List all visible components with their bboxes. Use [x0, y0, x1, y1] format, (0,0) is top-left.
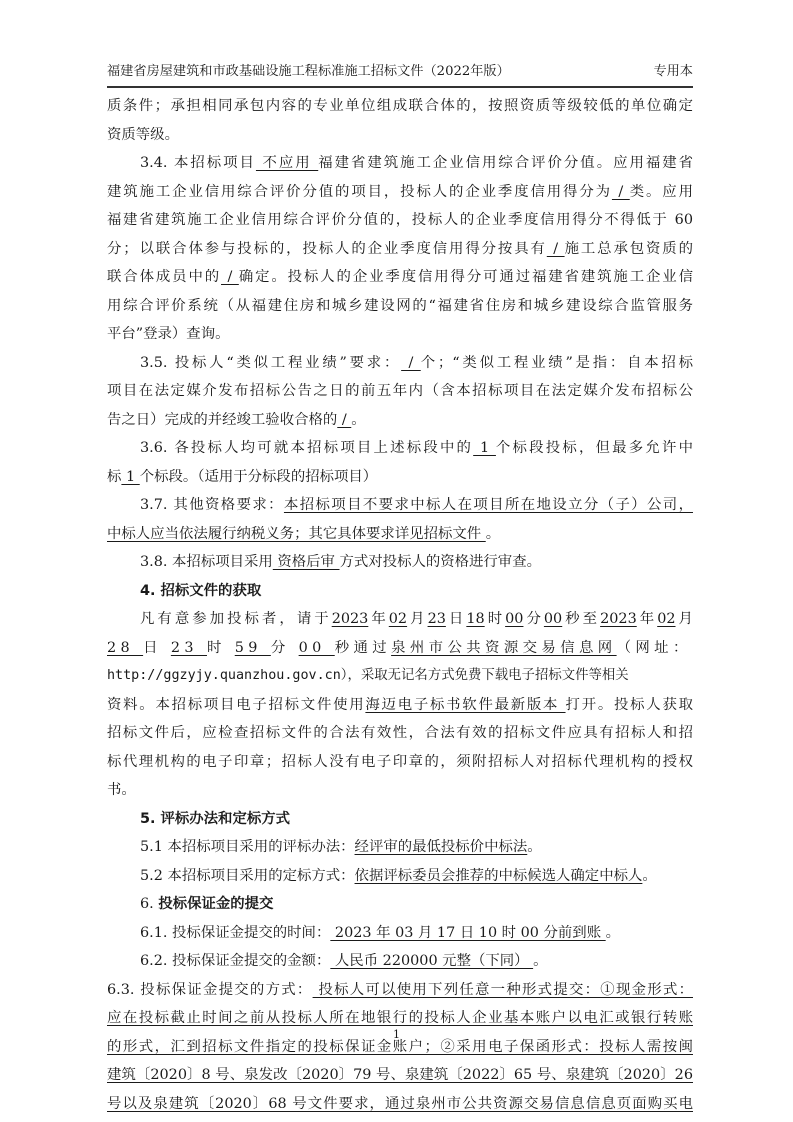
- section-4-line: 资料。本招标项目电子招标文件使用海迈电子标书软件最新版本 打开。投标人获取: [107, 691, 693, 720]
- software-name: 海迈电子标书软件最新版本: [365, 697, 565, 713]
- section-heading-5: 5. 评标办法和定标方式: [107, 805, 693, 834]
- section-4-line: 28 日 23 时 59 分 00 秒通过泉州市公共资源交易信息网（网址：: [107, 634, 693, 663]
- document-tag: 专用本: [653, 62, 693, 82]
- page-header: 福建省房屋建筑和市政基础设施工程标准施工招标文件（2022年版） 专用本: [107, 62, 693, 88]
- credit-class-value: /: [612, 184, 630, 200]
- section-heading-4: 4. 招标文件的获取: [107, 577, 693, 606]
- deposit-deadline: 2023 年 03 月 17 日 10 时 00 分前到账: [330, 925, 605, 941]
- clause-3-4-line: 平台”登录）查询。: [107, 320, 693, 349]
- deposit-amount: 人民币 220000 元整（下同）: [330, 953, 533, 969]
- section-6-line: 6.2. 投标保证金提交的金额： 人民币 220000 元整（下同） 。: [107, 947, 693, 976]
- award-method: 依据评标委员会推荐的中标候选人确定中标人: [355, 868, 643, 884]
- section-5-line: 5.1 本招标项目采用的评标办法：经评审的最低投标价中标法。: [107, 833, 693, 862]
- section-6-line: 6.3. 投标保证金提交的方式： 投标人可以使用下列任意一种形式提交：①现金形式…: [107, 976, 693, 1005]
- similar-projects-value: /: [337, 412, 351, 428]
- deposit-method: 投标人可以使用下列任意一种形式提交：①现金形式：: [313, 982, 693, 998]
- clause-3-5-line: 项目在法定媒介发布招标公告之日的前五年内（含本招标项目在法定媒介发布招标公: [107, 377, 693, 406]
- clause-3-4-line: 建筑施工企业信用综合评价分值的项目，投标人的企业季度信用得分为 / 类。应用: [107, 178, 693, 207]
- section-6-line: 建筑〔2020〕8 号、泉发改〔2020〕79 号、泉建筑〔2022〕65 号、…: [107, 1061, 693, 1090]
- section-heading-6: 6. 投标保证金的提交: [107, 890, 693, 919]
- section-4-line: http://ggzyjy.quanzhou.gov.cn），采取无记名方式免费…: [107, 662, 693, 691]
- section-5-line: 5.2 本招标项目采用的定标方式：依据评标委员会推荐的中标候选人确定中标人。: [107, 862, 693, 891]
- clause-3-4-line: 分；以联合体参与投标的，投标人的企业季度信用得分按具有 / 施工总承包资质的: [107, 235, 693, 264]
- similar-projects-count: /: [401, 355, 421, 371]
- clause-3-4-line: 福建省建筑施工企业信用综合评价分值的，投标人的企业季度信用得分不得低于 60: [107, 206, 693, 235]
- qualification-value: /: [547, 241, 565, 257]
- clause-3-5-line: 告之日）完成的并经竣工验收合格的 / 。: [107, 406, 693, 435]
- section-4-line: 招标文件后，应检查招标文件的合法有效性，合法有效的招标文件应具有招标人和招: [107, 719, 693, 748]
- page-number: 1: [0, 1028, 793, 1041]
- clause-3-5-line: 3.5. 投标人“类似工程业绩”要求： / 个；“类似工程业绩”是指：自本招标: [107, 349, 693, 378]
- section-4-line: 凡有意参加投标者，请于2023年02月23日18时00分00秒至2023年02月: [107, 605, 693, 634]
- document-title: 福建省房屋建筑和市政基础设施工程标准施工招标文件（2022年版）: [107, 62, 510, 82]
- clause-3-7-line: 3.7. 其他资格要求：本招标项目不要求中标人在项目所在地设立分（子）公司，: [107, 491, 693, 520]
- credit-score-applicability: 不应用: [256, 155, 318, 171]
- clause-3-8-line: 3.8. 本招标项目采用 资格后审 方式对投标人的资格进行审查。: [107, 548, 693, 577]
- clause-3-4-line: 3.4. 本招标项目 不应用 福建省建筑施工企业信用综合评价分值。应用福建省: [107, 149, 693, 178]
- paragraph-line: 资质等级。: [107, 121, 693, 150]
- clause-3-4-line: 用综合评价系统（从福建住房和城乡建设网的“福建省住房和城乡建设综合监管服务: [107, 292, 693, 321]
- other-requirements: 本招标项目不要求中标人在项目所在地设立分（子）公司，: [284, 497, 693, 513]
- clause-3-4-line: 联合体成员中的 / 确定。投标人的企业季度信用得分可通过福建省建筑施工企业信: [107, 263, 693, 292]
- clause-3-7-line: 中标人应当依法履行纳税义务；其它具体要求详见招标文件 。: [107, 520, 693, 549]
- max-lot-count: 1: [121, 469, 139, 485]
- clause-3-6-line: 标 1 个标段。（适用于分标段的招标项目）: [107, 463, 693, 492]
- review-method: 资格后审: [273, 554, 340, 570]
- document-body: 质条件；承担相同承包内容的专业单位组成联合体的，按照资质等级较低的单位确定 资质…: [107, 92, 693, 1118]
- evaluation-method: 经评审的最低投标价中标法: [355, 839, 528, 855]
- section-4-line: 书。: [107, 776, 693, 805]
- section-4-line: 标代理机构的电子印章；招标人没有电子印章的，须附招标人对招标代理机构的授权: [107, 748, 693, 777]
- section-6-line: 6.1. 投标保证金提交的时间： 2023 年 03 月 17 日 10 时 0…: [107, 919, 693, 948]
- paragraph-line: 质条件；承担相同承包内容的专业单位组成联合体的，按照资质等级较低的单位确定: [107, 92, 693, 121]
- clause-3-6-line: 3.6. 各投标人均可就本招标项目上述标段中的 1 个标段投标，但最多允许中: [107, 434, 693, 463]
- member-value: /: [221, 269, 239, 285]
- section-6-line: 号以及泉建筑〔2020〕68 号文件要求，通过泉州市公共资源交易信息信息页面购买…: [107, 1090, 693, 1119]
- lot-count: 1: [473, 440, 496, 456]
- trading-platform-name: 泉州市公共资源交易信息网: [391, 640, 617, 656]
- other-requirements-cont: 中标人应当依法履行纳税义务；其它具体要求详见招标文件: [107, 526, 486, 542]
